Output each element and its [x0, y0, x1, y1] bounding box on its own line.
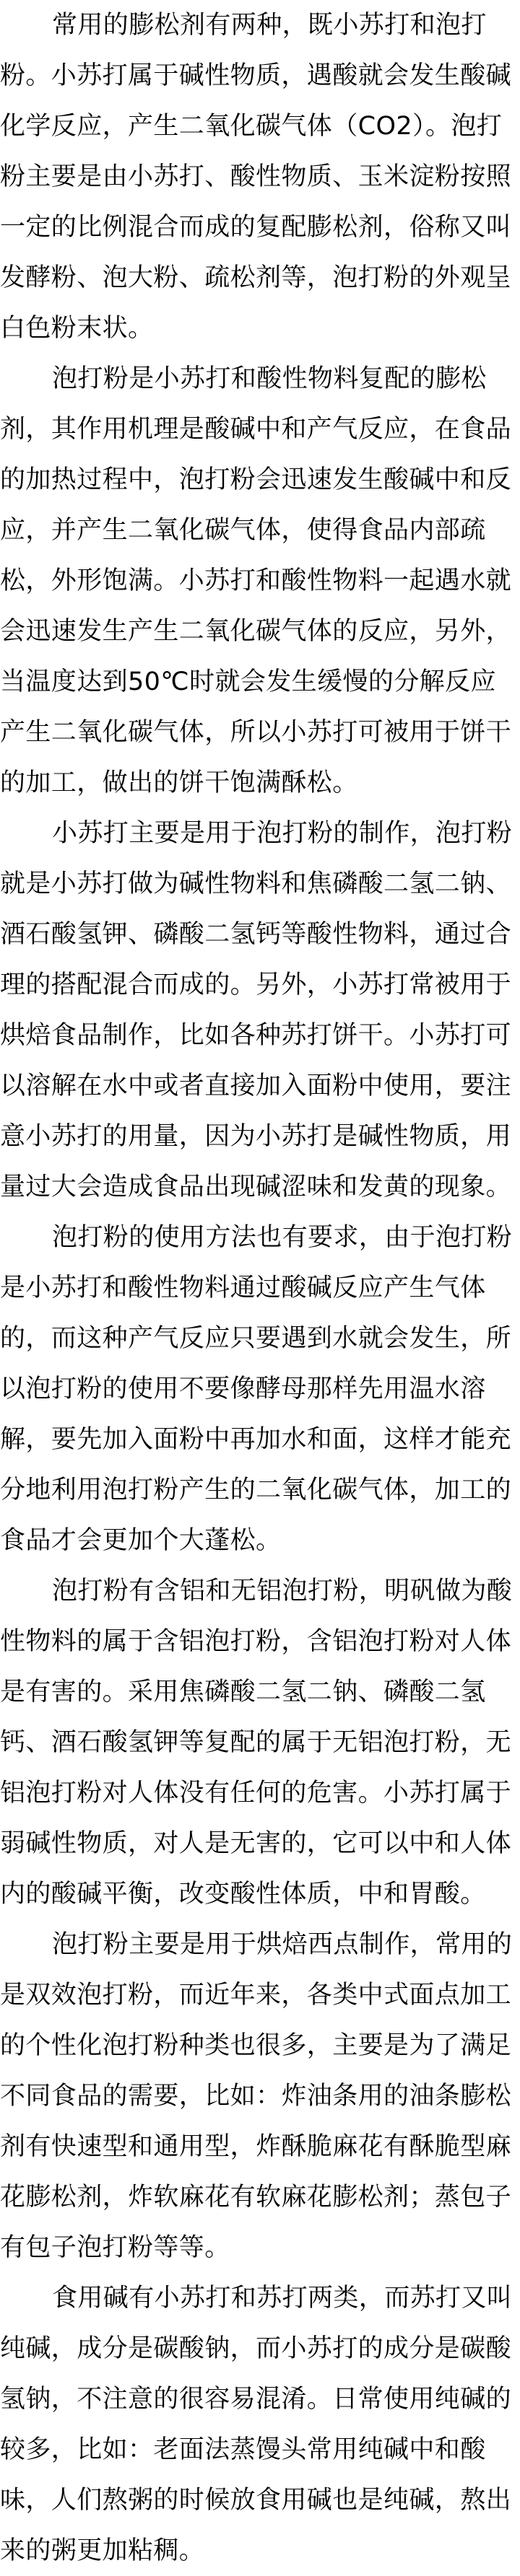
text-line: 的个性化泡打粉种类也很多，主要是为了满足	[0, 2020, 520, 2071]
text-line: 不同食品的需要，比如：炸油条用的油条膨松	[0, 2071, 520, 2121]
text-line: 泡打粉有含铝和无铝泡打粉，明矾做为酸	[0, 1566, 520, 1616]
text-line: 的加工，做出的饼干饱满酥松。	[0, 758, 520, 808]
text-line: 意小苏打的用量，因为小苏打是碱性物质，用	[0, 1111, 520, 1162]
text-line: 化学反应，产生二氧化碳气体（CO2）。泡打	[0, 101, 520, 152]
text-line: 味，人们熬粥的时候放食用碱也是纯碱，熬出	[0, 2475, 520, 2525]
text-line: 解，要先加入面粉中再加水和面，这样才能充	[0, 1414, 520, 1465]
paragraph-baking-powder-mechanism: 泡打粉是小苏打和酸性物料复配的膨松 剂，其作用机理是酸碱中和产气反应，在食品 的…	[0, 354, 520, 808]
text-line: 铝泡打粉对人体没有任何的危害。小苏打属于	[0, 1768, 520, 1818]
text-line: 就是小苏打做为碱性物料和焦磷酸二氢二钠、	[0, 859, 520, 909]
text-line: 有包子泡打粉等等。	[0, 2222, 520, 2273]
text-line: 酒石酸氢钾、磷酸二氢钙等酸性物料，通过合	[0, 909, 520, 960]
text-line: 钙、酒石酸氢钾等复配的属于无铝泡打粉，无	[0, 1717, 520, 1768]
paragraph-leavening-agents: 常用的膨松剂有两种，既小苏打和泡打 粉。小苏打属于碱性物质，遇酸就会发生酸碱 化…	[0, 0, 520, 354]
text-line: 剂，其作用机理是酸碱中和产气反应，在食品	[0, 404, 520, 455]
text-line: 发酵粉、泡大粉、疏松剂等，泡打粉的外观呈	[0, 253, 520, 303]
text-line: 来的粥更加粘稠。	[0, 2525, 520, 2576]
text-line: 花膨松剂，炸软麻花有软麻花膨松剂；蒸包子	[0, 2172, 520, 2222]
text-line: 常用的膨松剂有两种，既小苏打和泡打	[0, 0, 520, 51]
text-line: 是有害的。采用焦磷酸二氢二钠、磷酸二氢	[0, 1667, 520, 1717]
text-line: 泡打粉是小苏打和酸性物料复配的膨松	[0, 354, 520, 404]
text-line: 氢钠，不注意的很容易混淆。日常使用纯碱的	[0, 2374, 520, 2424]
text-line: 应，并产生二氧化碳气体，使得食品内部疏	[0, 505, 520, 556]
text-line: 烘焙食品制作，比如各种苏打饼干。小苏打可	[0, 1010, 520, 1061]
text-line: 剂有快速型和通用型，炸酥脆麻花有酥脆型麻	[0, 2121, 520, 2172]
text-line: 白色粉末状。	[0, 303, 520, 354]
text-line: 粉。小苏打属于碱性物质，遇酸就会发生酸碱	[0, 51, 520, 101]
text-line: 性物料的属于含铝泡打粉，含铝泡打粉对人体	[0, 1616, 520, 1667]
text-line: 泡打粉主要是用于烘焙西点制作，常用的	[0, 1919, 520, 1970]
text-line: 食品才会更加个大蓬松。	[0, 1515, 520, 1566]
text-line: 内的酸碱平衡，改变酸性体质，中和胃酸。	[0, 1869, 520, 1919]
text-line: 的，而这种产气反应只要遇到水就会发生，所	[0, 1313, 520, 1364]
text-line: 是双效泡打粉，而近年来，各类中式面点加工	[0, 1970, 520, 2020]
text-line: 是小苏打和酸性物料通过酸碱反应产生气体	[0, 1263, 520, 1313]
text-line: 会迅速发生产生二氧化碳气体的反应，另外，	[0, 606, 520, 657]
text-line: 松，外形饱满。小苏打和酸性物料一起遇水就	[0, 556, 520, 606]
text-line: 量过大会造成食品出现碱涩味和发黄的现象。	[0, 1162, 520, 1212]
text-line: 粉主要是由小苏打、酸性物质、玉米淀粉按照	[0, 152, 520, 202]
paragraph-usage-method: 泡打粉的使用方法也有要求，由于泡打粉 是小苏打和酸性物料通过酸碱反应产生气体 的…	[0, 1212, 520, 1566]
text-line: 理的搭配混合而成的。另外，小苏打常被用于	[0, 960, 520, 1010]
paragraph-pastry-applications: 泡打粉主要是用于烘焙西点制作，常用的 是双效泡打粉，而近年来，各类中式面点加工 …	[0, 1919, 520, 2273]
text-line: 的加热过程中，泡打粉会迅速发生酸碱中和反	[0, 455, 520, 505]
text-line: 食用碱有小苏打和苏打两类，而苏打又叫	[0, 2273, 520, 2323]
text-line: 当温度达到50℃时就会发生缓慢的分解反应	[0, 657, 520, 707]
text-line: 以溶解在水中或者直接加入面粉中使用，要注	[0, 1061, 520, 1111]
text-line: 一定的比例混合而成的复配膨松剂，俗称又叫	[0, 202, 520, 253]
text-line: 较多，比如：老面法蒸馒头常用纯碱中和酸	[0, 2424, 520, 2475]
paragraph-baking-soda-uses: 小苏打主要是用于泡打粉的制作，泡打粉 就是小苏打做为碱性物料和焦磷酸二氢二钠、 …	[0, 808, 520, 1212]
text-line: 纯碱，成分是碳酸钠，而小苏打的成分是碳酸	[0, 2323, 520, 2374]
text-line: 小苏打主要是用于泡打粉的制作，泡打粉	[0, 808, 520, 859]
text-line: 泡打粉的使用方法也有要求，由于泡打粉	[0, 1212, 520, 1263]
article-body: 常用的膨松剂有两种，既小苏打和泡打 粉。小苏打属于碱性物质，遇酸就会发生酸碱 化…	[0, 0, 520, 2576]
text-line: 弱碱性物质，对人是无害的，它可以中和人体	[0, 1818, 520, 1869]
text-line: 产生二氧化碳气体，所以小苏打可被用于饼干	[0, 707, 520, 758]
text-line: 以泡打粉的使用不要像酵母那样先用温水溶	[0, 1364, 520, 1414]
text-line: 分地利用泡打粉产生的二氧化碳气体，加工的	[0, 1465, 520, 1515]
paragraph-edible-alkali: 食用碱有小苏打和苏打两类，而苏打又叫 纯碱，成分是碳酸钠，而小苏打的成分是碳酸 …	[0, 2273, 520, 2576]
paragraph-aluminum-types: 泡打粉有含铝和无铝泡打粉，明矾做为酸 性物料的属于含铝泡打粉，含铝泡打粉对人体 …	[0, 1566, 520, 1919]
